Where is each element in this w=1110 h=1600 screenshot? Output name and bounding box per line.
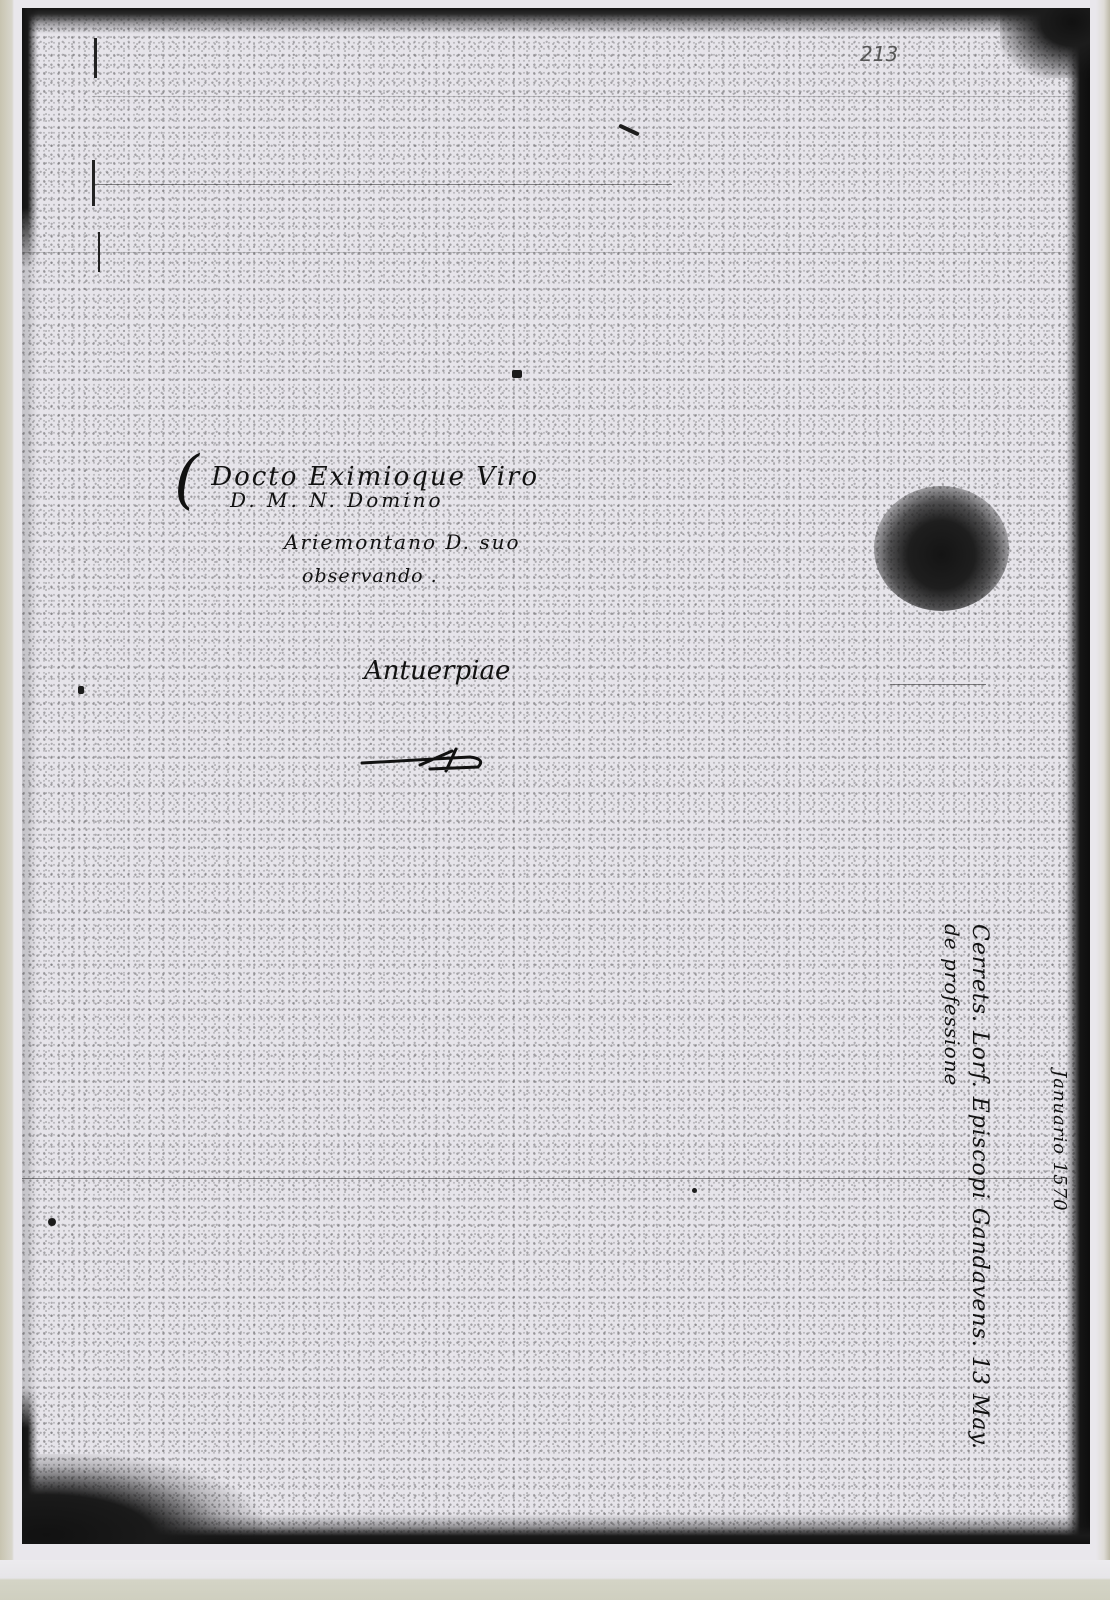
ruled-line	[22, 1178, 1062, 1179]
ruled-line	[22, 252, 1062, 253]
signature: Antuerpiae	[364, 656, 510, 686]
page-edge-left	[22, 8, 38, 1544]
stray-mark	[48, 1218, 56, 1226]
address-line-4: observando .	[302, 565, 438, 587]
vertical-mark	[92, 160, 95, 206]
address-line-3: Ariemontano D. suo	[284, 530, 521, 554]
stray-mark	[512, 370, 522, 378]
photocopy-noise	[22, 8, 1090, 1544]
manuscript-page: 213 ( Docto Eximioque Viro D. M. N. Domi…	[22, 8, 1090, 1544]
corner-shadow-top-right	[1000, 8, 1090, 78]
address-line-2: D. M. N. Domino	[230, 488, 444, 512]
paper-margin-strip	[0, 1560, 1110, 1600]
decorative-initial: (	[174, 443, 201, 517]
paraph-flourish-icon	[360, 743, 490, 773]
signature-text: Antuerpiae	[364, 656, 510, 686]
seal-ink-blot	[874, 486, 1009, 611]
ruled-line	[92, 184, 672, 185]
page-edge-top	[22, 8, 1090, 34]
stray-mark	[692, 1188, 697, 1193]
vertical-mark	[94, 38, 97, 78]
marginal-note-line-1: Cerrets. Lorf. Episcopi Gandavens. 13 Ma…	[967, 924, 992, 1450]
marginal-note-line-2: de professione	[940, 924, 964, 1086]
ruled-line	[92, 96, 1072, 97]
page-edge-right	[1066, 8, 1090, 1544]
ruled-line	[890, 684, 986, 685]
stray-mark	[78, 686, 84, 694]
folio-number: 213	[860, 42, 898, 66]
vertical-mark	[98, 232, 100, 272]
corner-shadow-bottom-left	[22, 1454, 262, 1544]
